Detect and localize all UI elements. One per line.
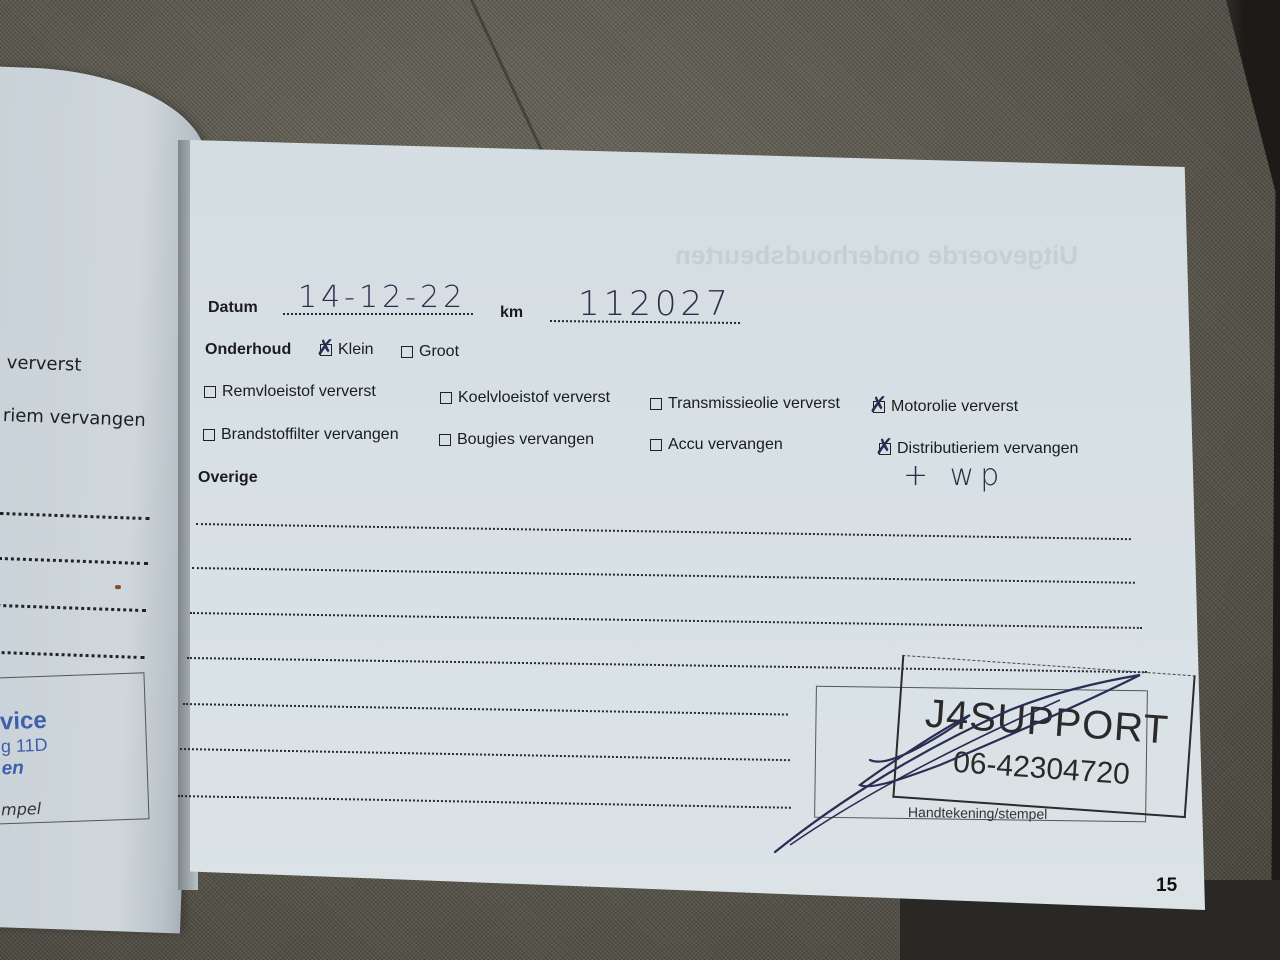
checkbox-checked-icon[interactable] <box>873 401 885 413</box>
checkbox-empty-icon[interactable] <box>650 439 662 451</box>
checkbox-checked-icon[interactable] <box>879 443 891 455</box>
km-label: km <box>500 304 523 322</box>
checkbox-empty-icon[interactable] <box>204 386 216 398</box>
task-motorolie-checkbox[interactable]: Motorolie ververst <box>873 398 1018 416</box>
datum-label: Datum <box>208 299 258 317</box>
task-label: Transmissieolie ververst <box>668 395 840 413</box>
overige-label: Overige <box>198 469 258 487</box>
task-label: Brandstoffilter vervangen <box>221 426 399 444</box>
overige-line-5[interactable] <box>183 703 788 716</box>
checkbox-empty-icon[interactable] <box>203 429 215 441</box>
checkbox-empty-icon[interactable] <box>440 392 452 404</box>
task-koelvloeistof-checkbox[interactable]: Koelvloeistof ververst <box>440 389 610 407</box>
overige-line-6[interactable] <box>180 748 790 761</box>
task-label: Accu vervangen <box>668 436 783 454</box>
task-label: Bougies vervangen <box>457 431 594 449</box>
task-distributieriem-checkbox[interactable]: Distributieriem vervangen <box>879 440 1078 458</box>
datum-handwritten-value: 14-12-22 <box>298 280 466 315</box>
handwritten-signature <box>760 660 1160 860</box>
overige-line-1[interactable] <box>196 523 1131 540</box>
task-transmissieolie-checkbox[interactable]: Transmissieolie ververst <box>650 395 840 413</box>
onderhoud-label: Onderhoud <box>205 341 291 359</box>
onderhoud-klein-label: Klein <box>338 341 374 359</box>
onderhoud-groot-label: Groot <box>419 343 459 361</box>
page-number: 15 <box>1156 875 1177 897</box>
km-handwritten-value: 112027 <box>578 284 732 324</box>
task-accu-checkbox[interactable]: Accu vervangen <box>650 436 783 454</box>
overige-line-2[interactable] <box>192 567 1135 584</box>
checkbox-empty-icon[interactable] <box>439 434 451 446</box>
task-brandstoffilter-checkbox[interactable]: Brandstoffilter vervangen <box>203 426 399 444</box>
task-bougies-checkbox[interactable]: Bougies vervangen <box>439 431 594 449</box>
handwritten-note: + wp <box>903 458 1005 493</box>
overige-line-7[interactable] <box>178 795 791 809</box>
onderhoud-groot-checkbox[interactable]: Groot <box>401 343 459 361</box>
onderhoud-klein-checkbox[interactable]: Klein <box>320 341 374 359</box>
task-label: Remvloeistof ververst <box>222 383 376 401</box>
task-label: Distributieriem vervangen <box>897 440 1078 458</box>
task-label: Koelvloeistof ververst <box>458 389 610 407</box>
checkbox-empty-icon[interactable] <box>650 398 662 410</box>
maintenance-form: Datum 14-12-22 km 112027 Onderhoud Klein… <box>0 0 1280 960</box>
task-remvloeistof-checkbox[interactable]: Remvloeistof ververst <box>204 383 376 401</box>
checkbox-checked-icon[interactable] <box>320 344 332 356</box>
overige-line-3[interactable] <box>190 612 1142 629</box>
task-label: Motorolie ververst <box>891 398 1018 416</box>
checkbox-empty-icon[interactable] <box>401 346 413 358</box>
